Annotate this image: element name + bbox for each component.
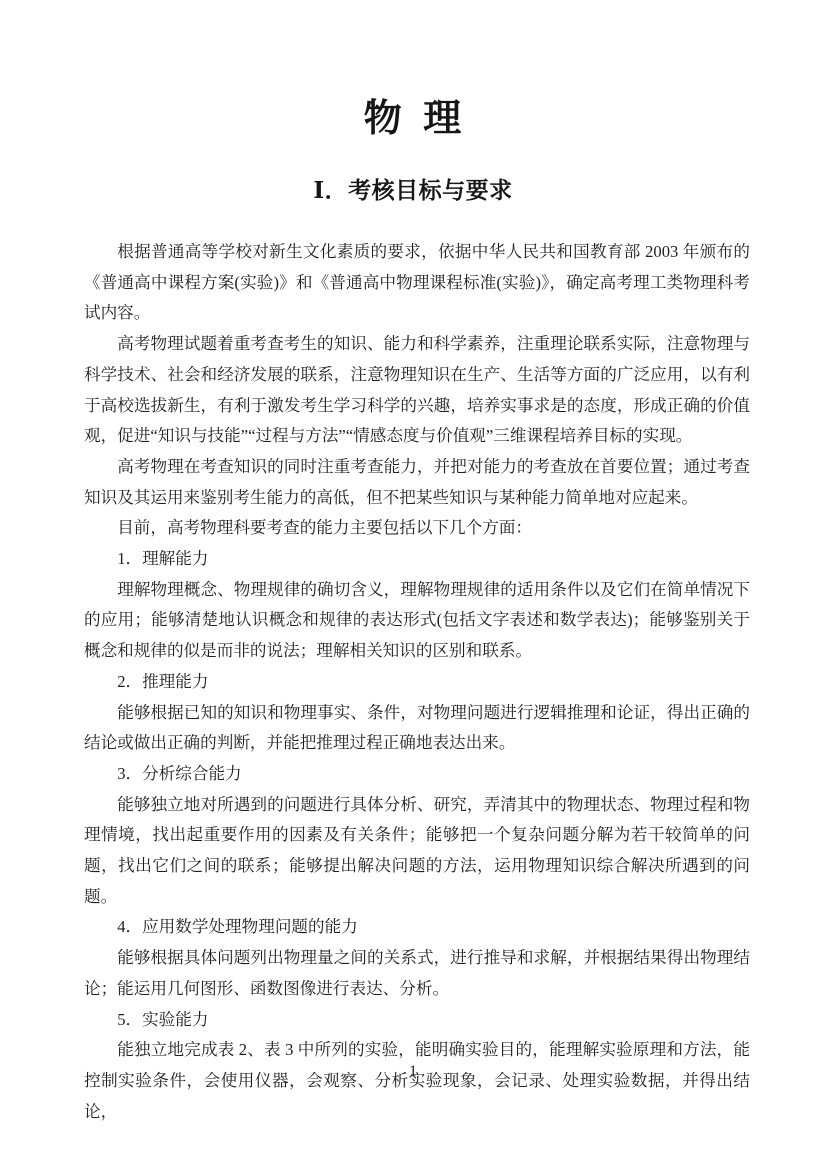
ability-item-desc-4: 能够根据具体问题列出物理量之间的关系式，进行推导和求解，并根据结果得出物理结论；… xyxy=(84,943,750,1004)
ability-item-desc-3: 能够独立地对所遇到的问题进行具体分析、研究，弄清其中的物理状态、物理过程和物理情… xyxy=(84,790,750,913)
ability-item-heading-2: 2．推理能力 xyxy=(84,667,750,698)
ability-item-heading-1: 1．理解能力 xyxy=(84,544,750,575)
document-page: 物 理 Ⅰ．考核目标与要求 根据普通高等学校对新生文化素质的要求，依据中华人民共… xyxy=(0,0,826,1169)
ability-item-desc-1: 理解物理概念、物理规律的确切含义，理解物理规律的适用条件以及它们在简单情况下的应… xyxy=(84,575,750,667)
document-title: 物 理 xyxy=(0,96,826,142)
page-number: 1 xyxy=(0,1061,826,1083)
paragraph-intro: 根据普通高等学校对新生文化素质的要求，依据中华人民共和国教育部 2003 年颁布… xyxy=(84,237,750,329)
ability-item-desc-2: 能够根据已知的知识和物理事实、条件，对物理问题进行逻辑推理和论证，得出正确的结论… xyxy=(84,698,750,759)
document-body: 根据普通高等学校对新生文化素质的要求，依据中华人民共和国教育部 2003 年颁布… xyxy=(84,237,750,1127)
ability-item-heading-4: 4．应用数学处理物理问题的能力 xyxy=(84,912,750,943)
ability-item-heading-3: 3．分析综合能力 xyxy=(84,759,750,790)
paragraph-exam-purpose: 高考物理试题着重考查考生的知识、能力和科学素养，注重理论联系实际，注意物理与科学… xyxy=(84,329,750,452)
paragraph-ability-focus: 高考物理在考查知识的同时注重考查能力，并把对能力的考查放在首要位置；通过考查知识… xyxy=(84,452,750,513)
paragraph-ability-list-lead: 目前，高考物理科要考查的能力主要包括以下几个方面： xyxy=(84,513,750,544)
section-heading: Ⅰ．考核目标与要求 xyxy=(0,176,826,206)
ability-item-heading-5: 5．实验能力 xyxy=(84,1005,750,1036)
